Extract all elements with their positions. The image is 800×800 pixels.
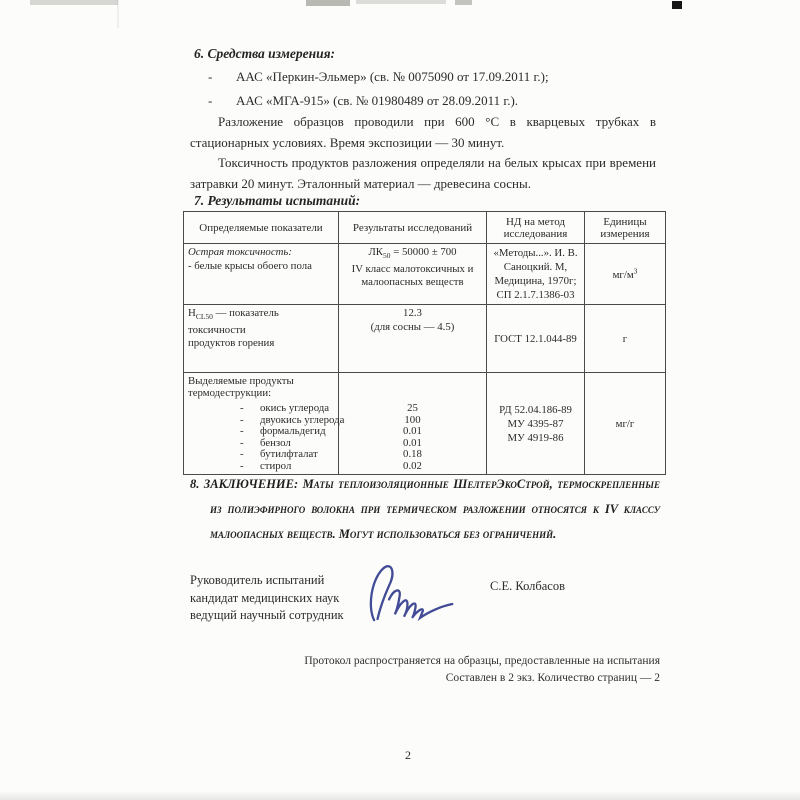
- page-number: 2: [378, 748, 438, 763]
- list-dash: -: [208, 93, 212, 109]
- product-item: - бутилфталат: [188, 449, 334, 461]
- table-row-thermodestruction: Выделяемые продукты термодеструкции: - о…: [184, 373, 666, 475]
- cell-method: РД 52.04.186-89 МУ 4395-87 МУ 4919-86: [487, 373, 585, 475]
- product-value: 0.01: [343, 426, 482, 438]
- result-class-line2: малоопасных веществ: [343, 276, 482, 290]
- result-lk-line: ЛК50 = 50000 ± 700: [343, 246, 482, 263]
- h-label: Н: [188, 307, 196, 319]
- product-value: 0.18: [343, 449, 482, 461]
- cell-unit: г: [585, 305, 666, 373]
- cell-method: ГОСТ 12.1.044-89: [487, 305, 585, 373]
- section6-heading: 6. Средства измерения:: [194, 46, 335, 62]
- cell-indicator: Выделяемые продукты термодеструкции: - о…: [184, 373, 339, 475]
- method-reference: ГОСТ 12.1.044-89: [491, 332, 580, 346]
- role-line: кандидат медицинских наук: [190, 590, 344, 608]
- product-name: стирол: [260, 461, 291, 473]
- table-header-row: Определяемые показатели Результаты иссле…: [184, 212, 666, 244]
- role-line: ведущий научный сотрудник: [190, 607, 344, 625]
- unit-value: мг/г: [616, 418, 635, 430]
- cell-unit: мг/г: [585, 373, 666, 475]
- product-value: 0.02: [343, 461, 482, 473]
- scan-artifact-smudge: [356, 0, 446, 4]
- cell-indicator: НCL50 — показатель токсичности продуктов…: [184, 305, 339, 373]
- col-header-units: Единицы измерения: [585, 212, 666, 244]
- product-name: формальдегид: [260, 426, 326, 438]
- list-dash: -: [240, 426, 244, 438]
- product-item: - окись углерода: [188, 403, 334, 415]
- footer-notes: Протокол распространяется на образцы, пр…: [190, 653, 660, 687]
- h-subscript: CL50: [196, 312, 213, 321]
- cell-result: ЛК50 = 50000 ± 700 IV класс малотоксичны…: [339, 244, 487, 305]
- table-row-acute-toxicity: Острая токсичность: - белые крысы обоего…: [184, 244, 666, 305]
- scan-artifact-black-square: [672, 1, 682, 9]
- paragraph-toxicity: Токсичность продуктов разложения определ…: [190, 152, 656, 194]
- product-name: окись углерода: [260, 403, 329, 415]
- products-title-line2: термодеструкции:: [188, 387, 334, 399]
- list-dash: -: [240, 461, 244, 473]
- list-dash: -: [240, 449, 244, 461]
- method-reference: РД 52.04.186-89: [491, 403, 580, 417]
- conclusion-paragraph: 8. ЗАКЛЮЧЕНИЕ: Маты теплоизоляционные Ше…: [190, 472, 660, 547]
- measurement-item-text: ААС «МГА-915» (св. № 01980489 от 28.09.2…: [236, 93, 518, 109]
- results-table: Определяемые показатели Результаты иссле…: [183, 211, 666, 475]
- role-line: Руководитель испытаний: [190, 572, 344, 590]
- paragraph-decomposition: Разложение образцов проводили при 600 °С…: [190, 111, 656, 153]
- list-dash: -: [240, 403, 244, 415]
- lk-value: = 50000 ± 700: [391, 246, 457, 258]
- indicator-title: Острая токсичность:: [188, 246, 334, 260]
- handwritten-signature: [358, 560, 473, 632]
- list-dash: -: [208, 69, 212, 85]
- section8-heading: 8. ЗАКЛЮЧЕНИЕ:: [190, 477, 298, 491]
- col-header-indicators: Определяемые показатели: [184, 212, 339, 244]
- lk-label: ЛК: [368, 246, 383, 258]
- result-value: 12.3: [343, 307, 482, 321]
- products-title-line1: Выделяемые продукты: [188, 375, 334, 387]
- signatory-name: С.Е. Колбасов: [490, 579, 565, 594]
- product-item: - стирол: [188, 461, 334, 473]
- section7-heading: 7. Результаты испытаний:: [194, 193, 360, 209]
- cell-unit: мг/м3: [585, 244, 666, 305]
- product-item: - формальдегид: [188, 426, 334, 438]
- col-header-results: Результаты исследований: [339, 212, 487, 244]
- cell-result: 25 100 0.01 0.01 0.18 0.02: [339, 373, 487, 475]
- indicator-subtitle: - белые крысы обоего пола: [188, 260, 334, 274]
- col-header-method: НД на метод исследования: [487, 212, 585, 244]
- unit-value: мг/м3: [613, 269, 638, 281]
- footer-line-copies: Составлен в 2 экз. Количество страниц — …: [190, 670, 660, 687]
- result-class-line1: IV класс малотоксичных и: [343, 263, 482, 277]
- signatory-roles: Руководитель испытаний кандидат медицинс…: [190, 572, 344, 625]
- indicator-hcl50-line1: НCL50 — показатель токсичности: [188, 307, 334, 337]
- spacer: [343, 375, 482, 403]
- product-value: 25: [343, 403, 482, 415]
- cell-result: 12.3 (для сосны — 4.5): [339, 305, 487, 373]
- result-reference-pine: (для сосны — 4.5): [343, 321, 482, 335]
- lk-subscript: 50: [383, 251, 391, 260]
- product-name: бутилфталат: [260, 449, 318, 461]
- indicator-hcl50-line2: продуктов горения: [188, 337, 334, 351]
- unit-base: мг/м: [613, 269, 634, 281]
- method-reference: «Методы...». И. В. Саноцкий. М, Медицина…: [491, 246, 580, 302]
- scan-artifact-crease: [117, 0, 119, 28]
- method-reference: МУ 4919-86: [491, 431, 580, 445]
- cell-indicator: Острая токсичность: - белые крысы обоего…: [184, 244, 339, 305]
- unit-value: г: [623, 333, 627, 345]
- scan-artifact-smudge: [306, 0, 350, 6]
- method-reference: МУ 4395-87: [491, 417, 580, 431]
- cell-method: «Методы...». И. В. Саноцкий. М, Медицина…: [487, 244, 585, 305]
- scan-artifact-smudge: [455, 0, 472, 5]
- scan-bottom-shadow: [0, 791, 800, 800]
- scanned-document-page: 6. Средства измерения: - ААС «Перкин-Эль…: [0, 0, 800, 800]
- footer-line-scope: Протокол распространяется на образцы, пр…: [190, 653, 660, 670]
- measurement-item-text: ААС «Перкин-Эльмер» (св. № 0075090 от 17…: [236, 69, 549, 85]
- scan-artifact-smudge: [30, 0, 118, 5]
- table-row-hcl50: НCL50 — показатель токсичности продуктов…: [184, 305, 666, 373]
- unit-superscript: 3: [634, 267, 638, 276]
